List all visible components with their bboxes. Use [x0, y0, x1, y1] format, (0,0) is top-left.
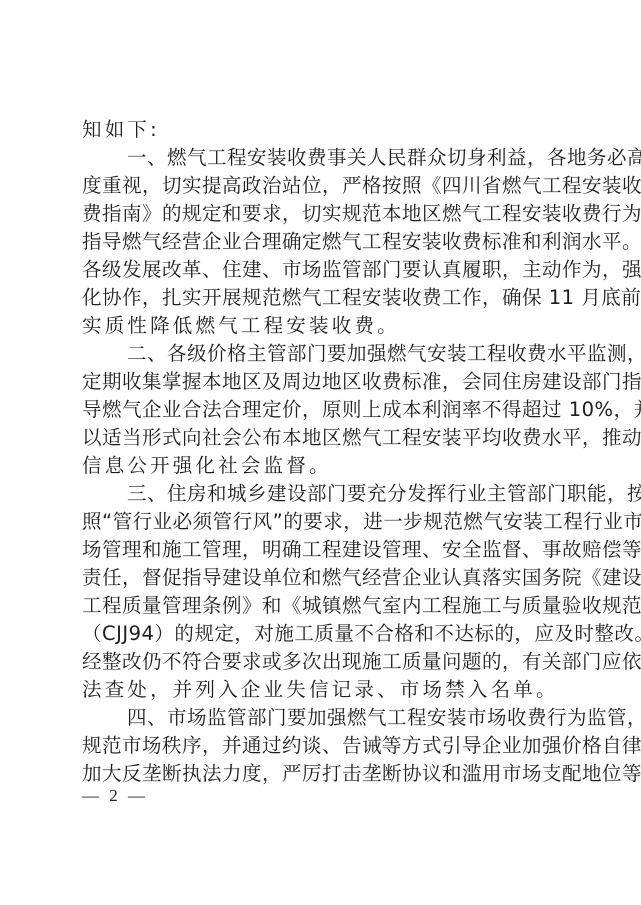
text-line: 规范市场秩序，并通过约谈、告诫等方式引导企业加强价格自律， [82, 732, 556, 760]
text-line: 各级发展改革、住建、市场监管部门要认真履职，主动作为，强 [82, 256, 556, 284]
text-line: 经整改仍不符合要求或多次出现施工质量问题的，有关部门应依 [82, 648, 556, 676]
text-line: 法查处，并列入企业失信记录、市场禁入名单。 [82, 676, 556, 704]
paragraph-4-start: 四、市场监管部门要加强燃气工程安装市场收费行为监管， [82, 704, 556, 732]
text-line: 加大反垄断执法力度，严厉打击垄断协议和滥用市场支配地位等 [82, 760, 556, 788]
text-line: 实质性降低燃气工程安装收费。 [82, 312, 556, 340]
text-line: 定期收集掌握本地区及周边地区收费标准，会同住房建设部门指 [82, 368, 556, 396]
text-line: 工程质量管理条例》和《城镇燃气室内工程施工与质量验收规范》 [82, 592, 556, 620]
text-line: 责任，督促指导建设单位和燃气经营企业认真落实国务院《建设 [82, 564, 556, 592]
paragraph-1-start: 一、燃气工程安装收费事关人民群众切身利益，各地务必高 [82, 144, 556, 172]
text-line: 导燃气企业合法合理定价，原则上成本利润率不得超过 10%，并 [82, 396, 556, 424]
document-page: 知如下: 一、燃气工程安装收费事关人民群众切身利益，各地务必高 度重视，切实提高… [0, 0, 641, 905]
text-line: 照“管行业必须管行风”的要求，进一步规范燃气安装工程行业市 [82, 508, 556, 536]
text-line: 指导燃气经营企业合理确定燃气工程安装收费标准和利润水平。 [82, 228, 556, 256]
text-line: 化协作，扎实开展规范燃气工程安装收费工作，确保 11 月底前 [82, 284, 556, 312]
text-line: 场管理和施工管理，明确工程建设管理、安全监督、事故赔偿等 [82, 536, 556, 564]
page-number: — 2 — [82, 784, 148, 808]
paragraph-2-start: 二、各级价格主管部门要加强燃气安装工程收费水平监测， [82, 340, 556, 368]
document-body: 知如下: 一、燃气工程安装收费事关人民群众切身利益，各地务必高 度重视，切实提高… [82, 116, 556, 788]
text-line: 知如下: [82, 116, 556, 144]
text-line: 以适当形式向社会公布本地区燃气工程安装平均收费水平，推动 [82, 424, 556, 452]
text-line: 信息公开强化社会监督。 [82, 452, 556, 480]
text-line: （CJJ94）的规定，对施工质量不合格和不达标的，应及时整改。 [82, 620, 556, 648]
text-line: 费指南》的规定和要求，切实规范本地区燃气工程安装收费行为， [82, 200, 556, 228]
text-line: 度重视，切实提高政治站位，严格按照《四川省燃气工程安装收 [82, 172, 556, 200]
paragraph-3-start: 三、住房和城乡建设部门要充分发挥行业主管部门职能，按 [82, 480, 556, 508]
